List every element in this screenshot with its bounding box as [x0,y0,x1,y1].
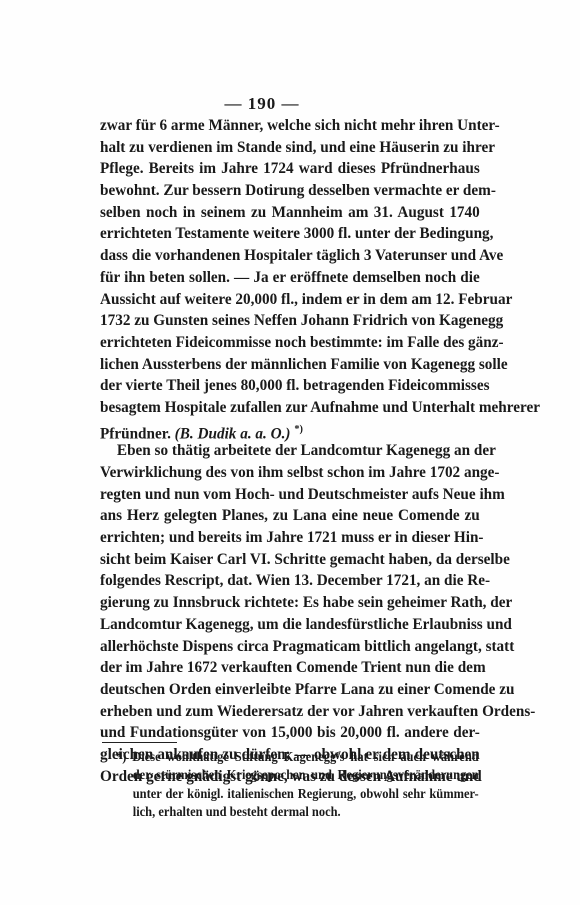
text-line: besagtem Hospitale zufallen zur Aufnahme… [100,397,480,419]
text-line: gierung zu Innsbruck richtete: Es habe s… [100,592,480,614]
text-line: Pflege. Bereits im Jahre 1724 ward diese… [100,158,480,180]
text-line: 1732 zu Gunsten seines Neffen Johann Fri… [100,310,480,332]
text-line: errichteten Testamente weitere 3000 fl. … [100,223,480,245]
text-line: selben noch in seinem zu Mannheim am 31.… [100,202,480,224]
footnote: *) Diese wohlthätige Stiftung Kagenegg's… [116,748,480,821]
text-line: und Fundationsgüter von 15,000 bis 20,00… [100,722,480,744]
footnote-marker: *) [294,423,303,435]
text-line: deutschen Orden einverleibte Pfarre Lana… [100,679,480,701]
page-number: — 190 — [0,94,524,114]
paragraph-end-line: Pfründner. (B. Dudik a. a. O.) *) [100,419,480,441]
text-line: für ihn beten sollen. — Ja er eröffnete … [100,267,480,289]
citation: (B. Dudik a. a. O.) [175,424,291,442]
text-line: lichen Aussterbens der männlichen Famili… [100,354,480,376]
text-line: Verwirklichung des von ihm selbst schon … [100,462,480,484]
book-page: — 190 — zwar für 6 arme Männer, welche s… [0,0,580,905]
text-line: allerhöchste Dispens circa Pragmaticam b… [100,636,480,658]
text-line: bewohnt. Zur bessern Dotirung desselben … [100,180,480,202]
footnote-line: unter der königl. italienischen Regierun… [116,785,479,803]
text-line: der im Jahre 1672 verkauften Comende Tri… [100,657,480,679]
text-line: halt zu verdienen im Stande sind, und ei… [100,137,480,159]
text-line: dass die vorhandenen Hospitaler täglich … [100,245,480,267]
text-line: der vierte Theil jenes 80,000 fl. betrag… [100,375,480,397]
text-line: folgendes Rescript, dat. Wien 13. Decemb… [100,570,480,592]
body-text: zwar für 6 arme Männer, welche sich nich… [100,115,480,787]
text-line: regten und nun vom Hoch- und Deutschmeis… [100,484,480,506]
text-fragment: Pfründner. [100,424,171,442]
text-line: Landcomtur Kagenegg, um die landesfürstl… [100,614,480,636]
text-line: zwar für 6 arme Männer, welche sich nich… [100,115,480,137]
footnote-first-line: *) Diese wohlthätige Stiftung Kagenegg's… [116,748,479,766]
text-line: ans Herz gelegten Planes, zu Lana eine n… [100,505,480,527]
footnote-line: der stürmischen Kriegsepochen und Regier… [116,766,479,784]
text-line: errichteten Fideicommisse noch bestimmte… [100,332,480,354]
text-line: sicht beim Kaiser Carl VI. Schritte gema… [100,549,480,571]
text-line: Eben so thätig arbeitete der Landcomtur … [100,440,480,462]
footnote-divider [102,742,177,743]
footnote-marker: *) [116,749,126,764]
text-line: Aussicht auf weitere 20,000 fl., indem e… [100,289,480,311]
text-line: erheben und zum Wiederersatz der vor Jah… [100,701,480,723]
footnote-line: lich, erhalten und besteht dermal noch. [116,803,479,821]
footnote-text: Diese wohlthätige Stiftung Kagenegg's ha… [132,749,478,764]
text-line: errichten; und bereits im Jahre 1721 mus… [100,527,480,549]
